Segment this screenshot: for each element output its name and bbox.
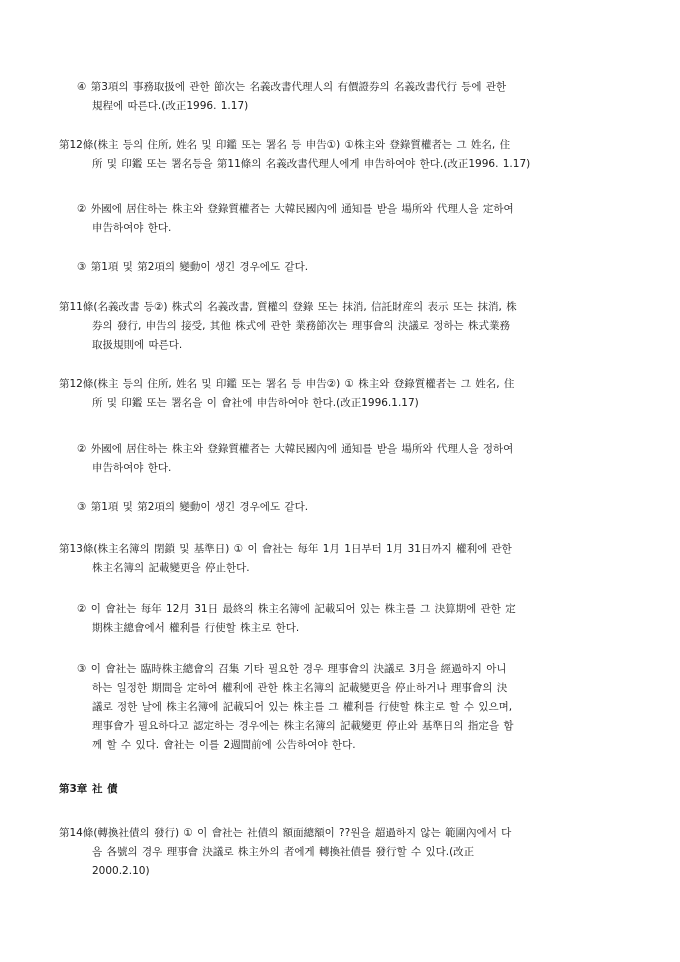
article-11: 第11條(名義改書 등②) 株式의 名義改書, 質權의 登錄 또는 抹消, 信託…	[59, 298, 623, 355]
text-line: 하는 일정한 期間을 定하여 權利에 관한 株主名簿의 記載變更을 停止하거나 …	[92, 679, 623, 698]
clause-item-2: ② 外國에 居住하는 株主와 登錄質權者는 大韓民國內에 通知를 받을 場所와 …	[77, 440, 623, 478]
clause-item-2: ② 外國에 居住하는 株主와 登錄質權者는 大韓民國內에 通知를 받을 場所와 …	[77, 200, 623, 238]
clause-item-3: ③ 第1項 및 第2項의 變動이 생긴 경우에도 같다.	[77, 498, 623, 517]
text-line: ② 이 會社는 每年 12月 31日 最終의 株主名簿에 記載되어 있는 株主를…	[77, 600, 623, 619]
clause-item-2: ② 이 會社는 每年 12月 31日 最終의 株主名簿에 記載되어 있는 株主를…	[77, 600, 623, 638]
text-line: 申告하여야 한다.	[92, 219, 623, 238]
text-line: 음 各號의 경우 理事會 決議로 株主外의 者에게 轉換社債를 發行할 수 있다…	[92, 843, 623, 862]
clause-item-3: ③ 이 會社는 臨時株主總會의 召集 기타 필요한 경우 理事會의 決議로 3月…	[77, 660, 623, 755]
article-14: 第14條(轉換社債의 發行) ① 이 會社는 社債의 額面總額이 ??원을 超過…	[59, 824, 623, 881]
text-line: 所 및 印鑑 또는 署名을 이 會社에 申告하여야 한다.(改正1996.1.1…	[92, 394, 623, 413]
article-heading-line: 第14條(轉換社債의 發行) ① 이 會社는 社債의 額面總額이 ??원을 超過…	[59, 824, 623, 843]
text-line: ② 外國에 居住하는 株主와 登錄質權者는 大韓民國內에 通知를 받을 場所와 …	[77, 440, 623, 459]
text-line: 期株主總會에서 權利를 行使할 株主로 한다.	[92, 619, 623, 638]
chapter-title: 第3章 社 債	[59, 780, 118, 799]
article-heading-line: 第11條(名義改書 등②) 株式의 名義改書, 質權의 登錄 또는 抹消, 信託…	[59, 298, 623, 317]
text-line: ③ 第1項 및 第2項의 變動이 생긴 경우에도 같다.	[77, 498, 623, 517]
text-line: 規程에 따른다.(改正1996. 1.17)	[92, 97, 623, 116]
text-line: ④ 第3項의 事務取扱에 관한 節次는 名義改書代理人의 有價證券의 名義改書代…	[77, 78, 623, 97]
article-heading-line: 第12條(株主 등의 住所, 姓名 및 印鑑 또는 署名 등 申告①) ①株主와…	[59, 136, 623, 155]
text-line: ③ 이 會社는 臨時株主總會의 召集 기타 필요한 경우 理事會의 決議로 3月…	[77, 660, 623, 679]
text-line: 께 할 수 있다. 會社는 이를 2週間前에 公告하여야 한다.	[92, 736, 623, 755]
text-line: 2000.2.10)	[92, 862, 623, 881]
text-line: 申告하여야 한다.	[92, 459, 623, 478]
text-line: 株主名簿의 記載變更을 停止한다.	[92, 559, 623, 578]
article-heading-line: 第13條(株主名簿의 閉鎖 및 基準日) ① 이 會社는 每年 1月 1日부터 …	[59, 540, 623, 559]
text-line: 券의 發行, 申告의 接受, 其他 株式에 관한 業務節次는 理事會의 決議로 …	[92, 317, 623, 336]
text-line: 理事會가 필요하다고 認定하는 경우에는 株主名簿의 記載變更 停止와 基準日의…	[92, 717, 623, 736]
text-line: 所 및 印鑑 또는 署名등을 第11條의 名義改書代理人에게 申告하여야 한다.…	[92, 155, 623, 174]
text-line: 取扱規則에 따른다.	[92, 336, 623, 355]
text-line: 議로 정한 날에 株主名簿에 記載되어 있는 株主를 그 權利를 行使할 株主로…	[92, 698, 623, 717]
article-12-first: 第12條(株主 등의 住所, 姓名 및 印鑑 또는 署名 등 申告①) ①株主와…	[59, 136, 623, 174]
chapter-heading: 第3章 社 債	[59, 780, 118, 799]
clause-item-4: ④ 第3項의 事務取扱에 관한 節次는 名義改書代理人의 有價證券의 名義改書代…	[77, 78, 623, 116]
article-12-second: 第12條(株主 등의 住所, 姓名 및 印鑑 또는 署名 등 申告②) ① 株主…	[59, 375, 623, 413]
text-line: ② 外國에 居住하는 株主와 登錄質權者는 大韓民國內에 通知를 받을 場所와 …	[77, 200, 623, 219]
document-page: ④ 第3項의 事務取扱에 관한 節次는 名義改書代理人의 有價證券의 名義改書代…	[0, 0, 680, 962]
clause-item-3: ③ 第1項 및 第2項의 變動이 생긴 경우에도 같다.	[77, 258, 623, 277]
article-13: 第13條(株主名簿의 閉鎖 및 基準日) ① 이 會社는 每年 1月 1日부터 …	[59, 540, 623, 578]
text-line: ③ 第1項 및 第2項의 變動이 생긴 경우에도 같다.	[77, 258, 623, 277]
article-heading-line: 第12條(株主 등의 住所, 姓名 및 印鑑 또는 署名 등 申告②) ① 株主…	[59, 375, 623, 394]
